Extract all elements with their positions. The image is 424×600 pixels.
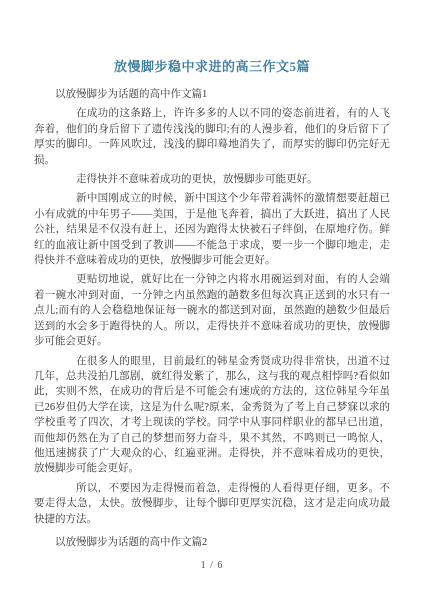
- essay-section-1-heading: 以放慢脚步为话题的高中作文篇1: [34, 87, 390, 102]
- essay-paragraph: 所以，不要因为走得慢而着急，走得慢的人看得更仔细，更多。不要走得太急，太快。放慢…: [34, 481, 390, 527]
- document-page: 放慢脚步稳中求进的高三作文5篇 以放慢脚步为话题的高中作文篇1 在成功的这条路上…: [0, 0, 424, 600]
- essay-paragraph: 更贴切地说，就好比在一分钟之内将水用碗运到对面，有的人会端着一碗水冲到对面，一分…: [34, 272, 390, 349]
- document-title: 放慢脚步稳中求进的高三作文5篇: [34, 58, 390, 76]
- page-number-indicator: 1 / 6: [34, 559, 390, 573]
- essay-paragraph: 在成功的这条路上，许许多多的人以不同的姿态前进着，有的人飞奔着，他们的身后留下了…: [34, 106, 390, 168]
- document-body: 以放慢脚步为话题的高中作文篇1 在成功的这条路上，许许多多的人以不同的姿态前进着…: [34, 87, 390, 550]
- essay-paragraph: 新中国刚成立的时候，新中国这个少年带着满怀的激情想要赶超已小有成就的中年男子——…: [34, 191, 390, 268]
- essay-section-2-heading: 以放慢脚步为话题的高中作文篇2: [34, 535, 390, 550]
- essay-paragraph: 在很多人的眼里，目前最红的韩星金秀贤成功得非常快，出道不过几年，总共没拍几部剧，…: [34, 354, 390, 477]
- essay-paragraph: 走得快并不意味着成功的更快，放慢脚步可能更好。: [34, 172, 390, 187]
